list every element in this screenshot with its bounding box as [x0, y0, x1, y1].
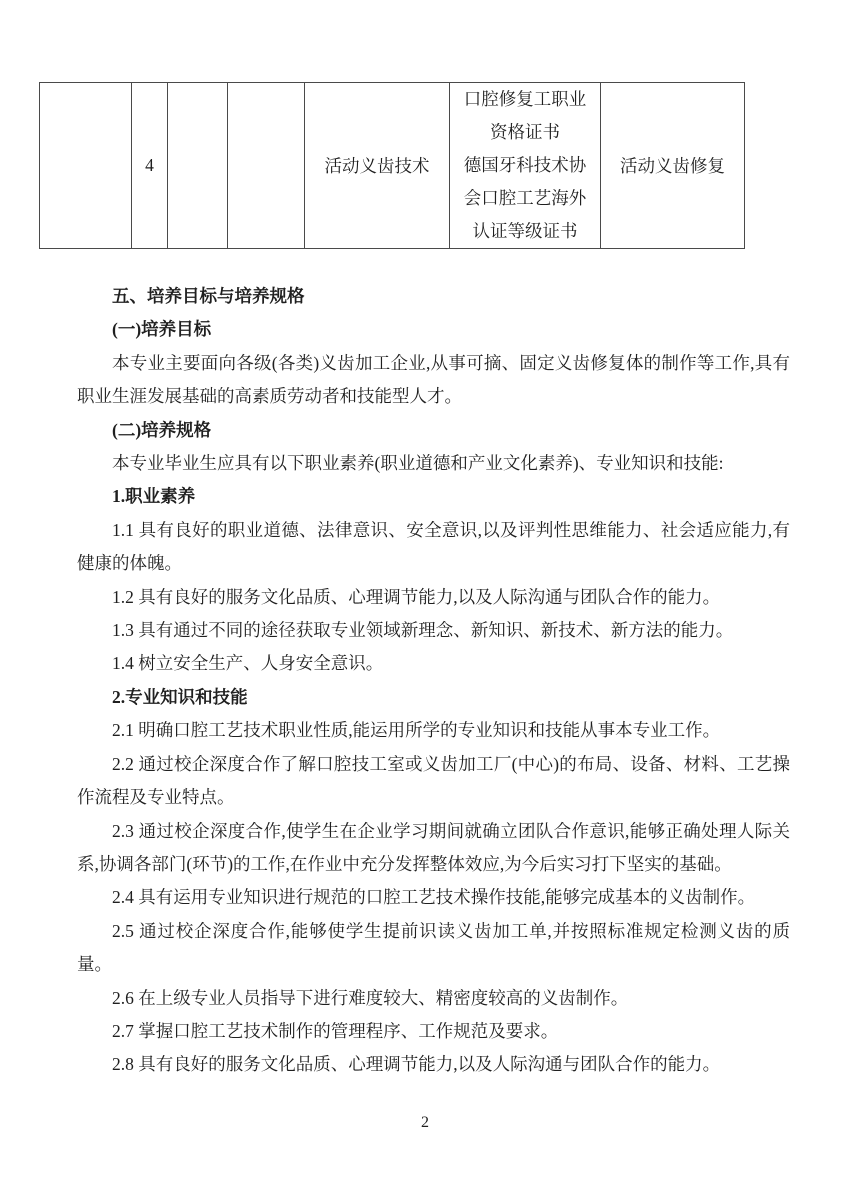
curriculum-table: 4 活动义齿技术 口腔修复工职业资格证书 德国牙科技术协会口腔工艺海外认证等级证… [39, 82, 745, 249]
list-item: 2.1 明确口腔工艺技术职业性质,能运用所学的专业知识和技能从事本专业工作。 [77, 714, 790, 747]
paragraph: 本专业毕业生应具有以下职业素养(职业道德和产业文化素养)、专业知识和技能: [77, 447, 790, 480]
subsection-heading: (二)培养规格 [77, 414, 790, 447]
table-cell-seq: 4 [132, 83, 168, 249]
subsection-heading: (一)培养目标 [77, 313, 790, 346]
list-item: 2.2 通过校企深度合作了解口腔技工室或义齿加工厂(中心)的布局、设备、材料、工… [77, 748, 790, 815]
list-item: 1.2 具有良好的服务文化品质、心理调节能力,以及人际沟通与团队合作的能力。 [77, 581, 790, 614]
table-cell-blank-3 [228, 83, 305, 249]
list-item: 1.3 具有通过不同的途径获取专业领域新理念、新知识、新技术、新方法的能力。 [77, 614, 790, 647]
section-heading: 五、培养目标与培养规格 [77, 280, 790, 313]
page-number: 2 [0, 1106, 850, 1139]
list-item: 2.3 通过校企深度合作,使学生在企业学习期间就确立团队合作意识,能够正确处理人… [77, 815, 790, 882]
list-item: 2.5 通过校企深度合作,能够使学生提前识读义齿加工单,并按照标准规定检测义齿的… [77, 915, 790, 982]
paragraph: 本专业主要面向各级(各类)义齿加工企业,从事可摘、固定义齿修复体的制作等工作,具… [77, 347, 790, 414]
table-cell-blank-2 [168, 83, 228, 249]
table-cell-certificates: 口腔修复工职业资格证书 德国牙科技术协会口腔工艺海外认证等级证书 [450, 83, 601, 249]
list-item: 1.4 树立安全生产、人身安全意识。 [77, 647, 790, 680]
document-page: 4 活动义齿技术 口腔修复工职业资格证书 德国牙科技术协会口腔工艺海外认证等级证… [0, 0, 850, 1202]
certificate-item: 口腔修复工职业资格证书 [461, 83, 589, 149]
list-item: 2.8 具有良好的服务文化品质、心理调节能力,以及人际沟通与团队合作的能力。 [77, 1048, 790, 1081]
certificate-item: 德国牙科技术协会口腔工艺海外认证等级证书 [461, 149, 589, 248]
list-heading: 1.职业素养 [77, 480, 790, 513]
table-cell-blank-1 [40, 83, 132, 249]
table-cell-course: 活动义齿技术 [305, 83, 450, 249]
list-item: 1.1 具有良好的职业道德、法律意识、安全意识,以及评判性思维能力、社会适应能力… [77, 514, 790, 581]
document-body: 五、培养目标与培养规格 (一)培养目标 本专业主要面向各级(各类)义齿加工企业,… [77, 280, 790, 1082]
list-item: 2.7 掌握口腔工艺技术制作的管理程序、工作规范及要求。 [77, 1015, 790, 1048]
list-item: 2.6 在上级专业人员指导下进行难度较大、精密度较高的义齿制作。 [77, 982, 790, 1015]
table-cell-position: 活动义齿修复 [601, 83, 745, 249]
list-item: 2.4 具有运用专业知识进行规范的口腔工艺技术操作技能,能够完成基本的义齿制作。 [77, 881, 790, 914]
list-heading: 2.专业知识和技能 [77, 681, 790, 714]
certificate-list: 口腔修复工职业资格证书 德国牙科技术协会口腔工艺海外认证等级证书 [461, 83, 589, 248]
table-row: 4 活动义齿技术 口腔修复工职业资格证书 德国牙科技术协会口腔工艺海外认证等级证… [40, 83, 745, 249]
